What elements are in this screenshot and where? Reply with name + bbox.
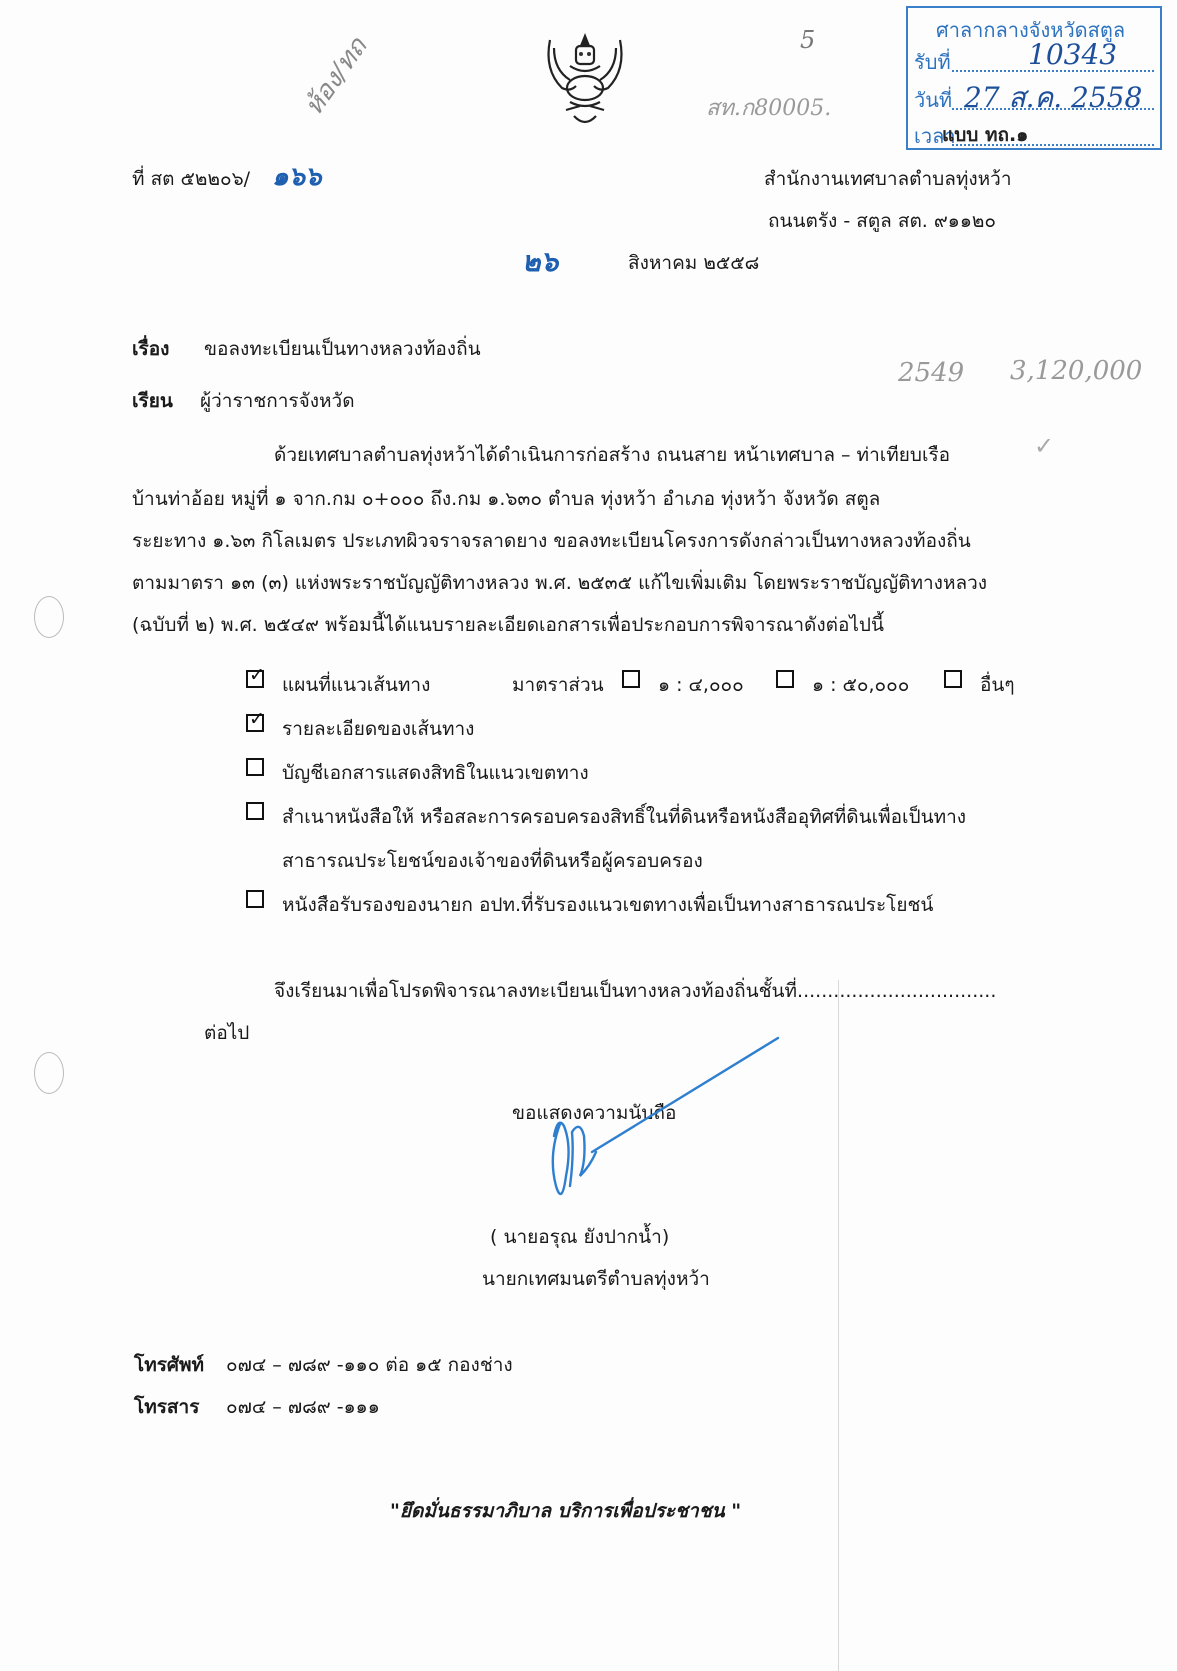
scale-label: มาตราส่วน — [512, 670, 604, 700]
stamp-received-value: 10343 — [1028, 38, 1117, 71]
checkbox-mayor-certification[interactable] — [246, 890, 264, 908]
handwritten-note-top-left: ห้อง/ทถ — [294, 29, 378, 124]
recipient-label: เรียน — [132, 386, 173, 416]
scale-option-label: ๑ : ๔,๐๐๐ — [658, 670, 744, 700]
signatory-position: นายกเทศมนตรีตำบลทุ่งหว้า — [482, 1264, 710, 1294]
handwritten-reference: สท.ก80005. — [706, 90, 831, 125]
motto: "ยึดมั่นธรรมาภิบาล บริการเพื่อประชาชน " — [390, 1496, 741, 1526]
checklist-item-label: สำเนาหนังสือให้ หรือสละการครอบครองสิทธิ์… — [282, 802, 966, 832]
check-mark-icon: ✓ — [1034, 432, 1054, 460]
phone-value: ๐๗๔ – ๗๘๙ -๑๑๐ ต่อ ๑๕ กองช่าง — [226, 1350, 513, 1380]
reference-number-handwritten: ๑๖๖ — [272, 156, 322, 197]
recipient-value: ผู้ว่าราชการจังหวัด — [200, 386, 355, 416]
stamp-date-value: 27 ส.ค. 2558 — [964, 76, 1142, 120]
subject-label: เรื่อง — [132, 334, 169, 364]
body-line-2: บ้านท่าอ้อย หมู่ที่ ๑ จาก.กม ๐+๐๐๐ ถึง.ก… — [132, 484, 880, 514]
checkbox-route-map[interactable]: ✓ — [246, 670, 264, 688]
body-line-3: ระยะทาง ๑.๖๓ กิโลเมตร ประเภทผิวจราจรลาดย… — [132, 526, 971, 556]
office-address: ถนนตรัง - สตูล สต. ๙๑๑๒๐ — [768, 206, 996, 236]
handwritten-year: 2549 — [898, 358, 964, 388]
fax-label: โทรสาร — [134, 1392, 199, 1422]
checkmark-icon: ✓ — [249, 666, 265, 685]
signature-scribble — [540, 1036, 780, 1216]
checkbox-scale-other[interactable] — [944, 670, 962, 688]
body-line-4: ตามมาตรา ๑๓ (๓) แห่งพระราชบัญญัติทางหลวง… — [132, 568, 987, 598]
stamp-date-label: วันที่ — [914, 84, 952, 116]
stamp-received-label: รับที่ — [914, 46, 951, 78]
garuda-emblem-icon — [540, 30, 630, 130]
scale-option-label: อื่นๆ — [980, 670, 1015, 700]
checkbox-rights-documents[interactable] — [246, 758, 264, 776]
fax-value: ๐๗๔ – ๗๘๙ -๑๑๑ — [226, 1392, 380, 1422]
reference-number: ที่ สต ๕๒๒๐๖/ — [132, 164, 250, 194]
form-code: แบบ ทถ.๑ — [942, 120, 1028, 150]
letter-date: สิงหาคม ๒๕๕๘ — [628, 248, 759, 278]
checklist-item-label-cont: สาธารณประโยชน์ของเจ้าของที่ดินหรือผู้ครอ… — [282, 846, 703, 876]
signatory-name: ( นายอรุณ ยังปากน้ำ) — [490, 1222, 669, 1252]
checklist-item-label: แผนที่แนวเส้นทาง — [282, 670, 430, 700]
subject-value: ขอลงทะเบียนเป็นทางหลวงท้องถิ่น — [204, 334, 481, 364]
checkbox-scale-1-4000[interactable] — [622, 670, 640, 688]
fold-line — [838, 980, 839, 1671]
checkmark-icon: ✓ — [249, 710, 265, 729]
checkbox-route-details[interactable]: ✓ — [246, 714, 264, 732]
closing-line-cont: ต่อไป — [204, 1018, 249, 1048]
office-name: สำนักงานเทศบาลตำบลทุ่งหว้า — [764, 164, 1012, 194]
scale-option-label: ๑ : ๕๐,๐๐๐ — [812, 670, 909, 700]
checklist-item-label: หนังสือรับรองของนายก อปท.ที่รับรองแนวเขต… — [282, 890, 933, 920]
phone-label: โทรศัพท์ — [134, 1350, 204, 1380]
handwritten-amount: 3,120,000 — [1010, 356, 1142, 386]
body-line-1: ด้วยเทศบาลตำบลทุ่งหว้าได้ดำเนินการก่อสร้… — [274, 440, 950, 470]
checklist-item-label: รายละเอียดของเส้นทาง — [282, 714, 474, 744]
punch-hole-mark — [34, 596, 64, 638]
body-line-5: (ฉบับที่ ๒) พ.ศ. ๒๕๔๙ พร้อมนี้ได้แนบรายล… — [132, 610, 884, 640]
date-day-handwritten: ๒๖ — [522, 240, 558, 284]
checkbox-land-donation[interactable] — [246, 802, 264, 820]
receiving-stamp: ศาลากลางจังหวัดสตูล รับที่ 10343 วันที่ … — [906, 6, 1162, 150]
checklist-item-label: บัญชีเอกสารแสดงสิทธิในแนวเขตทาง — [282, 758, 589, 788]
punch-hole-mark — [34, 1052, 64, 1094]
checkbox-scale-1-50000[interactable] — [776, 670, 794, 688]
closing-line: จึงเรียนมาเพื่อโปรดพิจารณาลงทะเบียนเป็นท… — [274, 976, 996, 1006]
handwritten-number: 5 — [800, 26, 815, 54]
